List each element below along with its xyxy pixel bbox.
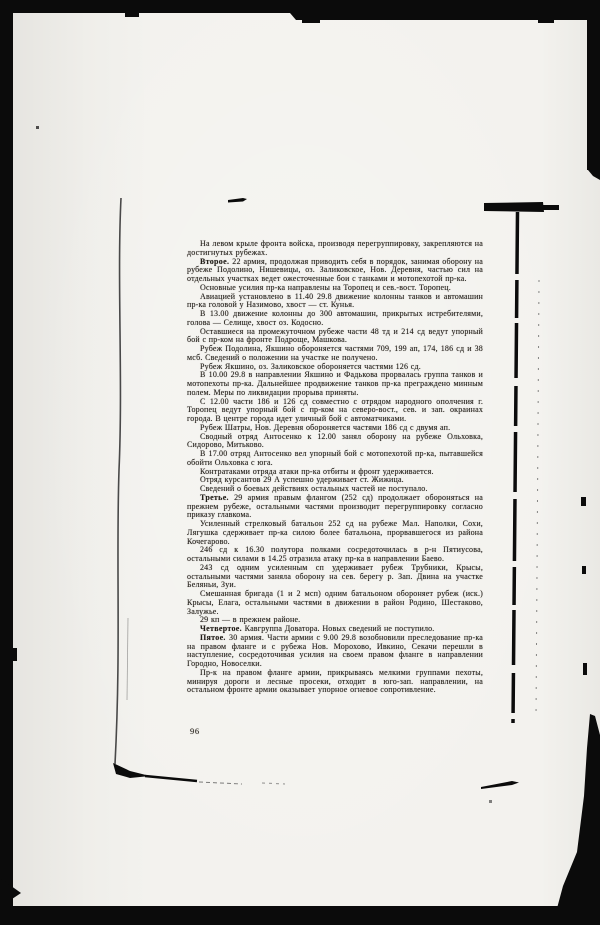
scan-artifact-top-band xyxy=(0,0,600,20)
paragraph-lead: Четвертое. xyxy=(200,624,245,633)
paragraph-lead: Пятое. xyxy=(200,633,229,642)
paragraph: На левом крыле фронта войска, производя … xyxy=(187,240,483,258)
scan-artifact-right-dot-1 xyxy=(581,497,586,506)
paragraph: С 12.00 части 186 и 126 сд совместно с о… xyxy=(187,398,483,424)
scan-artifact-right-top-band xyxy=(587,0,600,170)
paragraph: В 13.00 движение колонны до 300 автомаши… xyxy=(187,310,483,328)
scan-artifact-speck-2 xyxy=(489,800,492,803)
scan-artifact-smudge-tail-dots xyxy=(199,782,242,784)
scan-artifact-right-top-taper xyxy=(588,170,600,180)
document-text: На левом крыле фронта войска, производя … xyxy=(187,240,483,695)
scan-artifact-right-dot-3 xyxy=(583,663,587,675)
scan-artifact-left-bump xyxy=(0,648,17,661)
scan-artifact-tmark-dotted xyxy=(536,280,539,718)
paragraph: 246 сд к 16.30 полутора полками сосредот… xyxy=(187,546,483,564)
scan-artifact-speck-1 xyxy=(36,126,39,129)
paragraph: В 17.00 отряд Антосенко вел упорный бой … xyxy=(187,450,483,468)
paragraph: Третье. 29 армия правым флангом (252 сд)… xyxy=(187,494,483,520)
scanned-book-page: На левом крыле фронта войска, производя … xyxy=(0,0,600,925)
paragraph: 243 сд одним усиленным сп удерживает руб… xyxy=(187,564,483,590)
scan-artifact-top-nub-3 xyxy=(538,18,554,23)
paragraph: Пр-к на правом фланге армии, прикрываясь… xyxy=(187,669,483,695)
page-number: 96 xyxy=(190,726,200,736)
paragraph: Смешанная бригада (1 и 2 мсп) одним бата… xyxy=(187,590,483,616)
scan-artifact-smudge-far-dots xyxy=(262,783,285,784)
scan-artifact-right-bottom-wedge xyxy=(556,714,600,912)
paragraph: Авиацией установлено в 11.40 29.8 движен… xyxy=(187,293,483,311)
scan-artifact-left-blob xyxy=(0,878,21,907)
scan-artifact-right-dot-2 xyxy=(582,566,586,574)
scan-artifact-tmark-stem xyxy=(513,212,518,723)
scan-artifact-gutter-crease-2 xyxy=(127,618,128,700)
scan-artifact-gutter-crease xyxy=(115,198,121,764)
paragraph: Сводный отряд Антосенко к 12.00 занял об… xyxy=(187,433,483,451)
scan-artifact-bottom-band xyxy=(0,906,600,925)
scan-artifact-left-band xyxy=(0,0,13,907)
scan-artifact-top-nub-1 xyxy=(125,12,139,17)
paragraph-lead: Третье. xyxy=(200,493,234,502)
scan-artifact-arrow-smudge xyxy=(113,763,150,778)
paragraph: Рубеж Подолина, Якшино обороняется частя… xyxy=(187,345,483,363)
scan-artifact-tmark-bar xyxy=(484,202,544,212)
scan-artifact-tmark-bar-ext xyxy=(542,205,559,210)
scan-artifact-smudge-tail xyxy=(145,776,197,781)
paragraph: Оставшиеся на промежуточном рубеже части… xyxy=(187,328,483,346)
paragraph: Усиленный стрелковый батальон 252 сд на … xyxy=(187,520,483,546)
paragraph: Второе. 22 армия, продолжая приводить се… xyxy=(187,258,483,284)
scan-artifact-pen-dash xyxy=(481,781,519,789)
paragraph: В 10.00 29.8 в направлении Якшино и Фадь… xyxy=(187,371,483,397)
scan-artifact-top-nub-2 xyxy=(302,18,320,23)
scan-artifact-small-dash xyxy=(228,198,247,203)
paragraph-lead: Второе. xyxy=(200,257,232,266)
paragraph: Пятое. 30 армия. Части армии с 9.00 29.8… xyxy=(187,634,483,669)
